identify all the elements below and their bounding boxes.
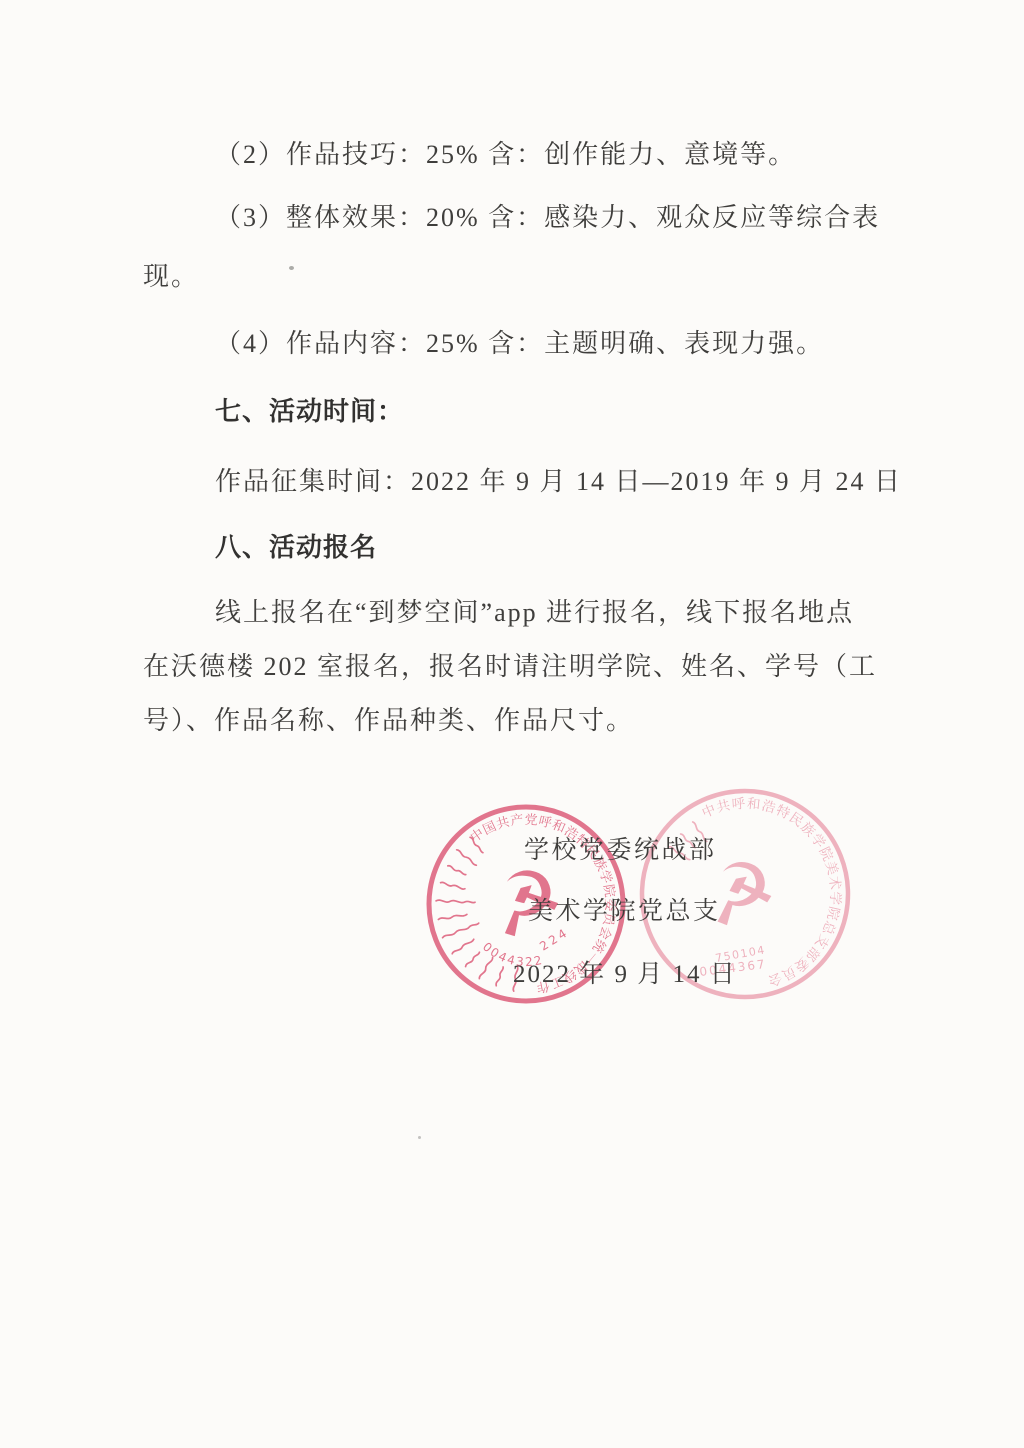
registration-line-1: 线上报名在“到梦空间”app 进行报名，线下报名地点: [215, 592, 854, 629]
registration-line-2: 在沃德楼 202 室报名，报名时请注明学院、姓名、学号（工: [143, 646, 877, 683]
signature-org-2: 美术学院党总支: [528, 891, 721, 927]
collection-time-line: 作品征集时间：2022 年 9 月 14 日—2019 年 9 月 24 日: [215, 461, 902, 498]
criteria-item-2: （2）作品技巧：25% 含：创作能力、意境等。: [215, 134, 796, 171]
scan-speck: [418, 1136, 421, 1139]
criteria-item-3-continued: 现。: [143, 256, 199, 293]
document-page: 中国共产党呼和浩特民族学院委员会统一战线工作部 0044322 224 ☭: [0, 0, 1024, 1448]
signature-org-1: 学校党委统战部: [524, 830, 717, 866]
signature-date: 2022 年 9 月 14 日: [513, 954, 737, 990]
criteria-item-4: （4）作品内容：25% 含：主题明确、表现力强。: [215, 323, 824, 360]
criteria-item-3: （3）整体效果：20% 含：感染力、观众反应等综合表: [215, 197, 880, 234]
section-heading-registration: 八、活动报名: [215, 527, 377, 564]
section-heading-activity-time: 七、活动时间：: [215, 391, 404, 428]
registration-line-3: 号）、作品名称、作品种类、作品尺寸。: [143, 700, 634, 737]
scan-speck: [289, 266, 294, 270]
